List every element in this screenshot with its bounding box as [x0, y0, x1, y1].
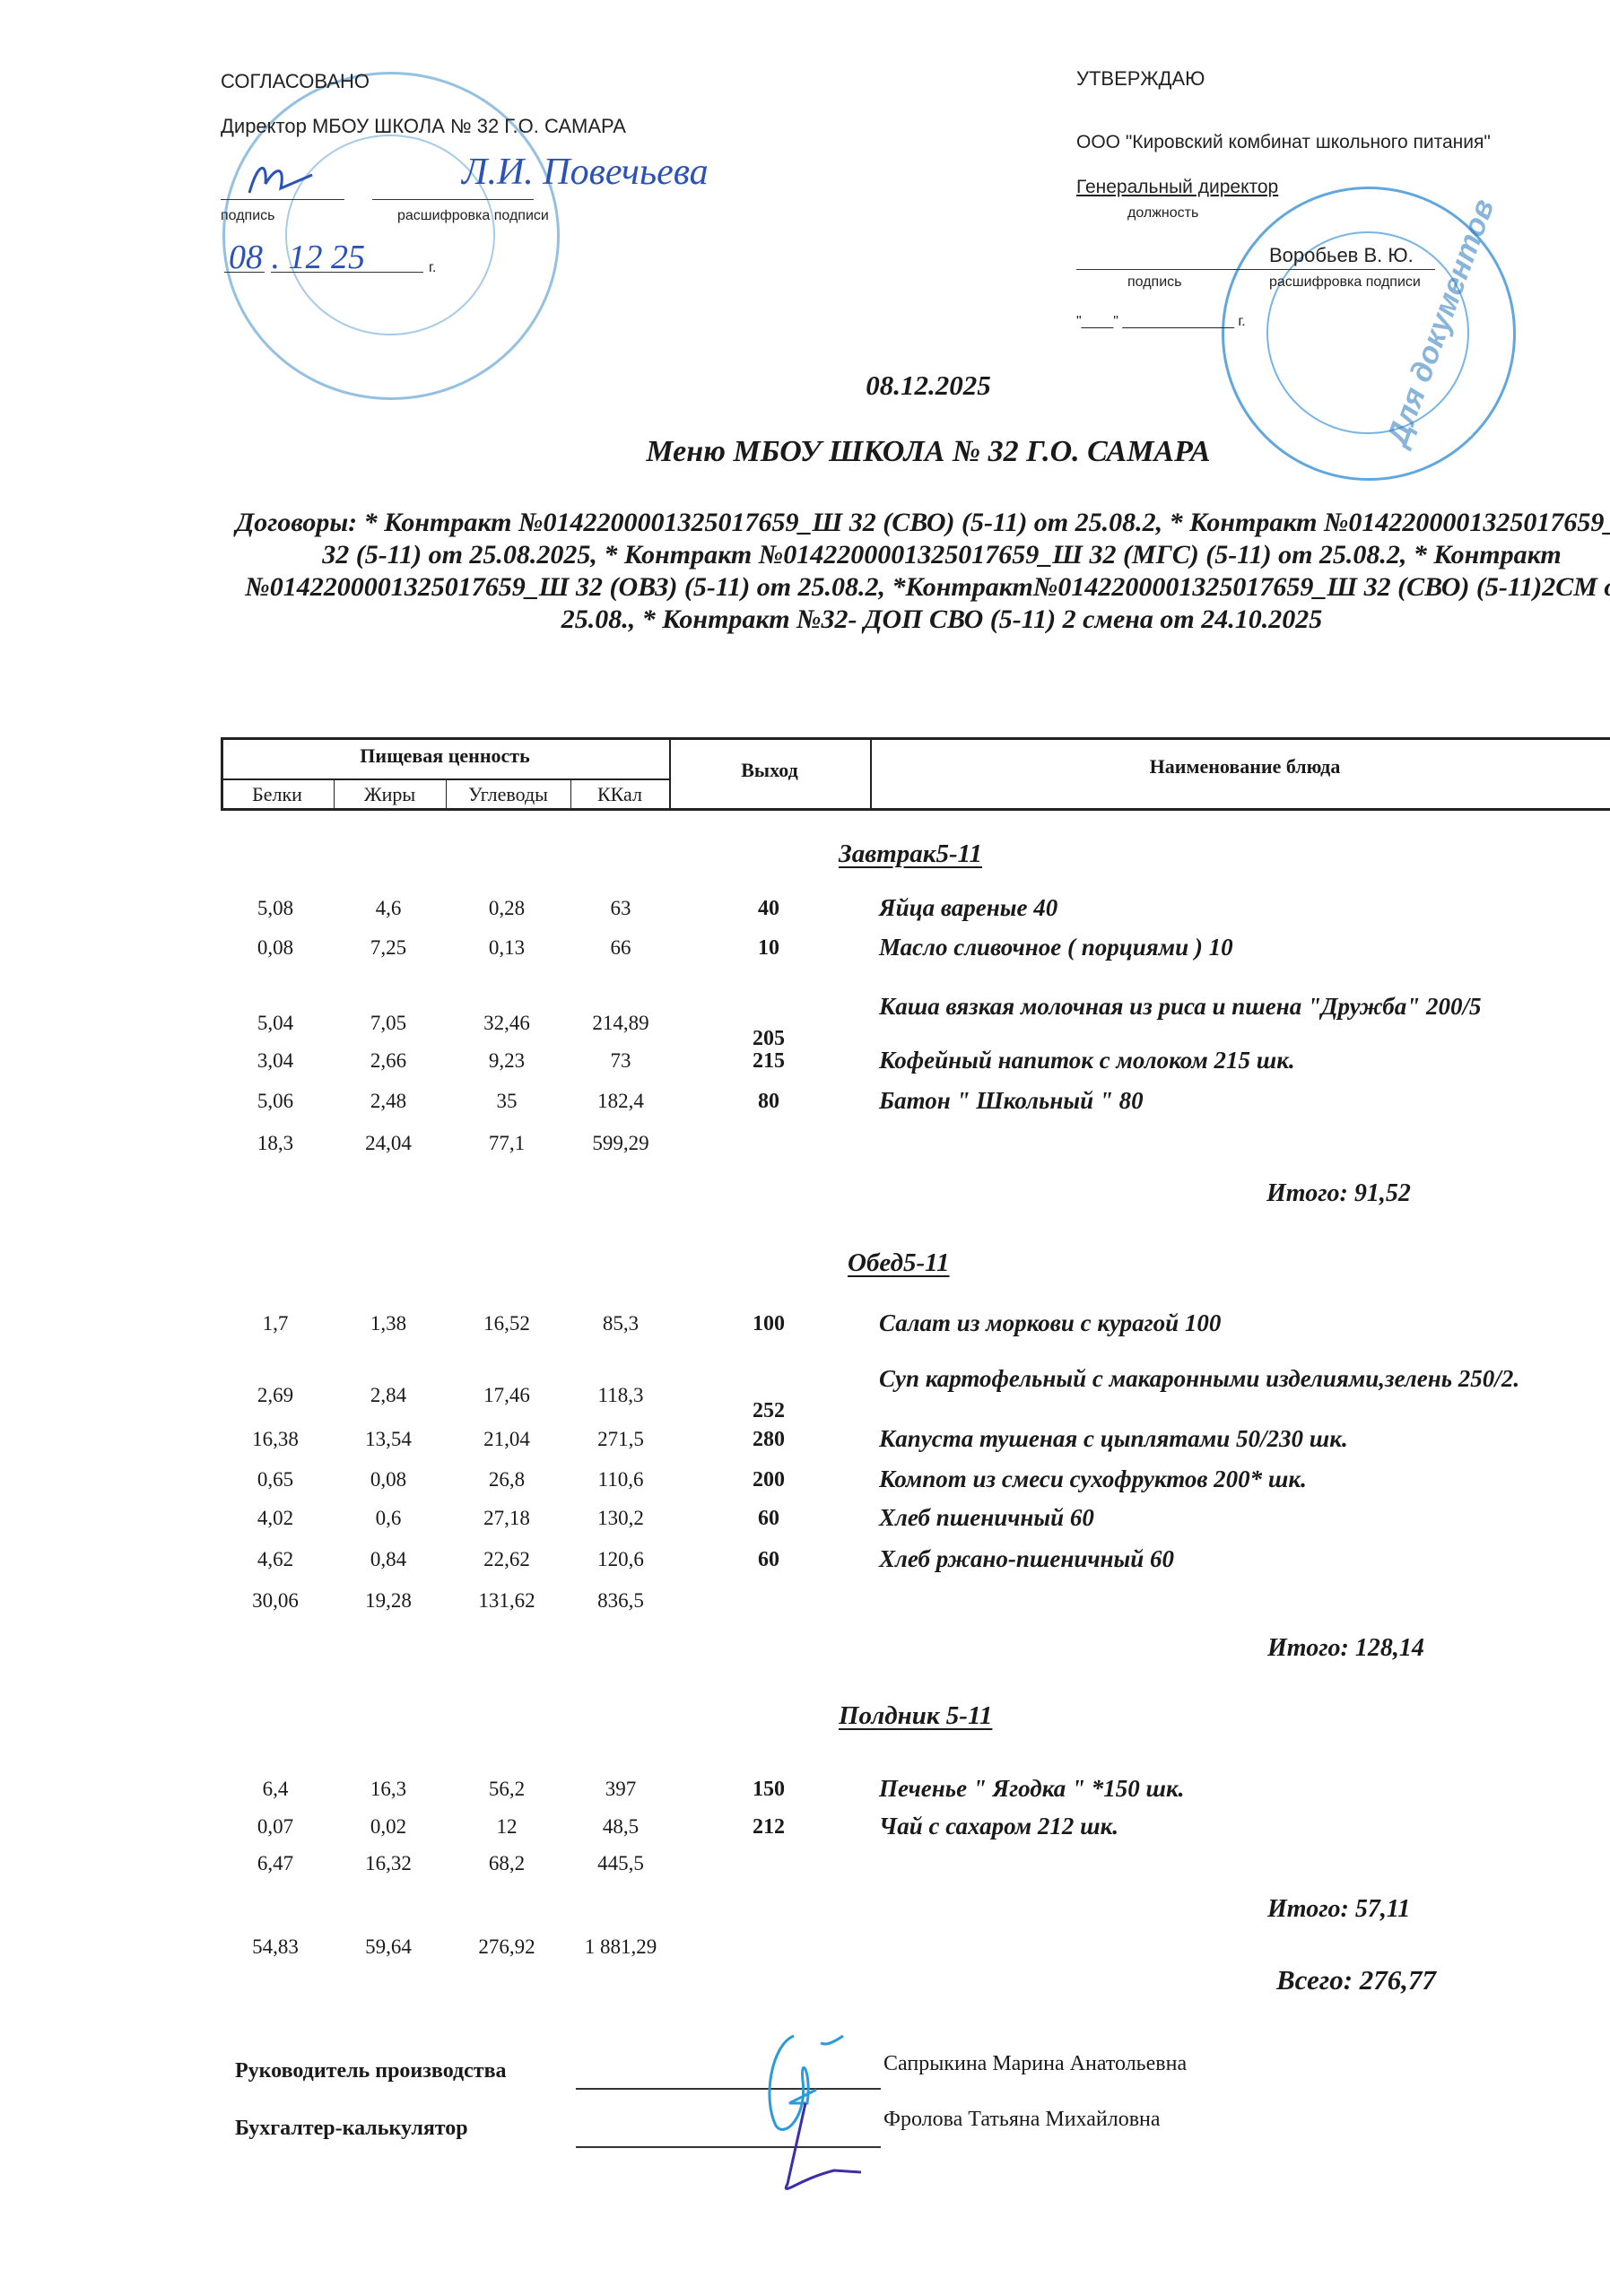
header-fat: Жиры: [334, 783, 446, 806]
cell-carbs: 0,28: [457, 897, 556, 920]
cell-yield: 212: [728, 1815, 809, 1839]
grand-total-fat: 59,64: [339, 1935, 438, 1959]
handwritten-name-left: Л.И. Повечьева: [462, 151, 709, 194]
cell-carbs: 12: [457, 1815, 556, 1839]
signature-line-left: [221, 199, 344, 200]
subtotal-fat: 24,04: [339, 1132, 438, 1155]
cell-yield: 100: [728, 1312, 809, 1336]
subtotal-carbs: 68,2: [457, 1852, 556, 1875]
approval-right-heading: УТВЕРЖДАЮ: [1076, 67, 1205, 91]
cell-yield: 252: [728, 1399, 809, 1423]
cell-carbs: 26,8: [457, 1468, 556, 1492]
section-total: Итого: 57,11: [1267, 1895, 1410, 1924]
date-line-left-1: [224, 272, 265, 273]
approval-right-name: Воробьев В. Ю.: [1269, 244, 1414, 267]
header-dish: Наименование блюда: [870, 755, 1610, 778]
cell-dish-name: Хлеб пшеничный 60: [879, 1500, 1606, 1535]
decode-line-left: [372, 199, 534, 200]
signature-caption-right: подпись: [1127, 274, 1181, 291]
cell-dish-name: Салат из моркови с курагой 100: [879, 1305, 1606, 1341]
grand-total-kcal: 1 881,29: [571, 1935, 670, 1959]
section-total: Итого: 128,14: [1267, 1634, 1424, 1663]
approval-right-position: Генеральный директор: [1076, 177, 1278, 198]
section-title: Обед5-11: [848, 1248, 950, 1278]
cell-dish-name: Хлеб ржано-пшеничный 60: [879, 1541, 1606, 1577]
cell-yield: 60: [728, 1507, 809, 1531]
cell-fat: 7,25: [339, 936, 438, 960]
cell-kcal: 63: [571, 897, 670, 920]
signature-name-production: Сапрыкина Марина Анатольевна: [883, 2052, 1187, 2076]
cell-fat: 2,84: [339, 1384, 438, 1407]
cell-kcal: 214,89: [571, 1012, 670, 1035]
cell-carbs: 9,23: [457, 1049, 556, 1073]
approval-right-date: "____" ______________ г.: [1076, 314, 1246, 330]
grand-total-label: Всего: 276,77: [1276, 1964, 1436, 1996]
cell-carbs: 22,62: [457, 1548, 556, 1571]
cell-dish-name: Батон " Школьный " 80: [879, 1083, 1606, 1118]
cell-fat: 0,6: [339, 1507, 438, 1530]
cell-kcal: 73: [571, 1049, 670, 1073]
subtotal-carbs: 77,1: [457, 1132, 556, 1155]
cell-yield: 10: [728, 936, 809, 961]
cell-dish-name: Каша вязкая молочная из риса и пшена "Др…: [879, 988, 1606, 1024]
cell-yield: 200: [728, 1468, 809, 1492]
cell-yield: 80: [728, 1090, 809, 1114]
cell-fat: 2,66: [339, 1049, 438, 1073]
decode-caption-right: расшифровка подписи: [1269, 274, 1421, 291]
signature-line-right: [1076, 269, 1435, 270]
cell-dish-name: Печенье " Ягодка " *150 шк.: [879, 1770, 1606, 1806]
cell-protein: 0,08: [226, 936, 325, 960]
cell-kcal: 120,6: [571, 1548, 670, 1571]
cell-protein: 2,69: [226, 1384, 325, 1407]
header-nutrition: Пищевая ценность: [221, 744, 669, 768]
cell-dish-name: Капуста тушеная с цыплятами 50/230 шк.: [879, 1421, 1606, 1457]
cell-fat: 16,3: [339, 1778, 438, 1801]
decode-caption-left: расшифровка подписи: [397, 208, 549, 224]
cell-dish-name: Масло сливочное ( порциями ) 10: [879, 929, 1606, 965]
signature-role-production: Руководитель производства: [235, 2059, 507, 2083]
cell-protein: 5,08: [226, 897, 325, 920]
contracts-text: Договоры: * Контракт №014220000132501765…: [224, 507, 1610, 636]
cell-kcal: 271,5: [571, 1428, 670, 1451]
cell-protein: 0,07: [226, 1815, 325, 1839]
subtotal-protein: 30,06: [226, 1589, 325, 1613]
cell-carbs: 27,18: [457, 1507, 556, 1530]
cell-kcal: 130,2: [571, 1507, 670, 1530]
approval-left-position: Директор МБОУ ШКОЛА № 32 Г.О. САМАРА: [221, 115, 626, 138]
subtotal-fat: 16,32: [339, 1852, 438, 1875]
approval-right-organization: ООО "Кировский комбинат школьного питани…: [1076, 132, 1491, 153]
cell-yield: 150: [728, 1778, 809, 1802]
handwritten-signature-bottom: [753, 2018, 897, 2197]
cell-kcal: 48,5: [571, 1815, 670, 1839]
cell-protein: 5,04: [226, 1012, 325, 1035]
cell-fat: 4,6: [339, 897, 438, 920]
cell-protein: 1,7: [226, 1312, 325, 1335]
header-divider-nutrition-bottom: [221, 778, 669, 780]
cell-kcal: 110,6: [571, 1468, 670, 1492]
cell-protein: 4,02: [226, 1507, 325, 1530]
cell-fat: 2,48: [339, 1090, 438, 1113]
cell-protein: 0,65: [226, 1468, 325, 1492]
cell-kcal: 66: [571, 936, 670, 960]
menu-date: 08.12.2025: [0, 370, 1610, 402]
cell-carbs: 32,46: [457, 1012, 556, 1035]
cell-carbs: 0,13: [457, 936, 556, 960]
position-caption-right: должность: [1127, 205, 1198, 222]
approval-left-heading: СОГЛАСОВАНО: [221, 70, 370, 93]
cell-carbs: 16,52: [457, 1312, 556, 1335]
header-protein: Белки: [221, 783, 334, 806]
cell-fat: 13,54: [339, 1428, 438, 1451]
section-title: Завтрак5-11: [839, 839, 982, 869]
cell-yield: 60: [728, 1548, 809, 1572]
signature-name-accountant: Фролова Татьяна Михайловна: [883, 2108, 1161, 2132]
cell-dish-name: Кофейный напиток с молоком 215 шк.: [879, 1042, 1606, 1078]
cell-yield: 215: [728, 1049, 809, 1074]
cell-fat: 1,38: [339, 1312, 438, 1335]
subtotal-protein: 18,3: [226, 1132, 325, 1155]
cell-protein: 5,06: [226, 1090, 325, 1113]
section-title: Полдник 5-11: [839, 1701, 992, 1731]
cell-dish-name: Чай с сахаром 212 шк.: [879, 1808, 1606, 1844]
cell-yield: 40: [728, 897, 809, 921]
cell-carbs: 17,46: [457, 1384, 556, 1407]
cell-dish-name: Яйца вареные 40: [879, 890, 1606, 926]
subtotal-kcal: 445,5: [571, 1852, 670, 1875]
cell-protein: 4,62: [226, 1548, 325, 1571]
cell-kcal: 397: [571, 1778, 670, 1801]
cell-protein: 16,38: [226, 1428, 325, 1451]
grand-total-carbs: 276,92: [457, 1935, 556, 1959]
cell-protein: 6,4: [226, 1778, 325, 1801]
cell-carbs: 35: [457, 1090, 556, 1113]
date-line-left-2: [271, 272, 423, 273]
handwritten-signature-left: [240, 157, 339, 202]
subtotal-kcal: 599,29: [571, 1132, 670, 1155]
cell-dish-name: Компот из смеси сухофруктов 200* шк.: [879, 1461, 1606, 1497]
cell-yield: 205: [728, 1027, 809, 1051]
date-suffix-left: г.: [429, 260, 436, 276]
cell-kcal: 118,3: [571, 1384, 670, 1407]
cell-carbs: 21,04: [457, 1428, 556, 1451]
cell-fat: 0,08: [339, 1468, 438, 1492]
cell-dish-name: Суп картофельный с макаронными изделиями…: [879, 1361, 1606, 1396]
cell-kcal: 182,4: [571, 1090, 670, 1113]
cell-fat: 0,84: [339, 1548, 438, 1571]
cell-fat: 0,02: [339, 1815, 438, 1839]
menu-title: Меню МБОУ ШКОЛА № 32 Г.О. САМАРА: [0, 435, 1610, 469]
section-total: Итого: 91,52: [1266, 1179, 1411, 1208]
signature-role-accountant: Бухгалтер-калькулятор: [235, 2117, 468, 2141]
cell-kcal: 85,3: [571, 1312, 670, 1335]
subtotal-carbs: 131,62: [457, 1589, 556, 1613]
subtotal-protein: 6,47: [226, 1852, 325, 1875]
subtotal-fat: 19,28: [339, 1589, 438, 1613]
header-yield: Выход: [669, 759, 870, 782]
cell-fat: 7,05: [339, 1012, 438, 1035]
header-kcal: ККал: [570, 783, 669, 806]
cell-carbs: 56,2: [457, 1778, 556, 1801]
grand-total-protein: 54,83: [226, 1935, 325, 1959]
subtotal-kcal: 836,5: [571, 1589, 670, 1613]
header-carbs: Углеводы: [446, 783, 570, 806]
cell-protein: 3,04: [226, 1049, 325, 1073]
signature-caption-left: подпись: [221, 208, 274, 224]
cell-yield: 280: [728, 1428, 809, 1452]
